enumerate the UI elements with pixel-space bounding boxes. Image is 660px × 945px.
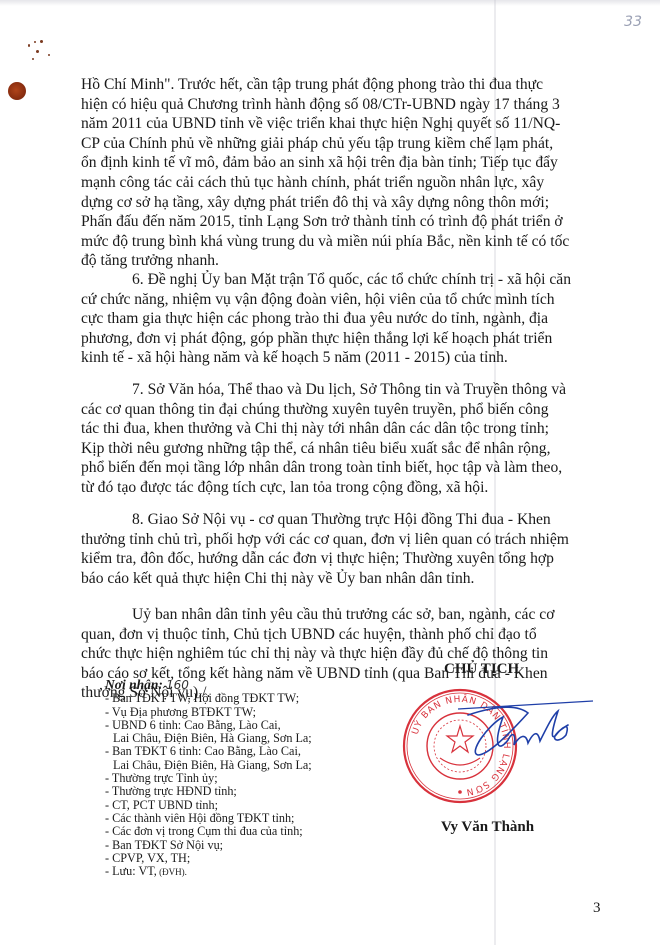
handwritten-page-mark: 33 <box>624 14 642 30</box>
text-line: chức thực hiện nghiêm túc chỉ thị này và… <box>81 644 458 664</box>
text-line: báo cáo kết quả thực hiện Chi thị này về… <box>81 569 458 589</box>
signer-name: Vy Văn Thành <box>441 819 534 836</box>
ink-specks <box>22 38 62 68</box>
recipient-item: - CPVP, VX, TH; <box>105 852 312 865</box>
recipient-item: - Các đơn vị trong Cụm thi đua của tỉnh; <box>105 825 312 838</box>
recipient-item: Lai Châu, Điện Biên, Hà Giang, Sơn La; <box>105 759 312 772</box>
recipient-item: Lai Châu, Điện Biên, Hà Giang, Sơn La; <box>105 732 312 745</box>
text-line: dựng cơ sở hạ tầng, xây dựng phát triển … <box>81 193 458 213</box>
text-line: 8. Giao Sở Nội vụ - cơ quan Thường trực … <box>81 510 458 530</box>
text-line: thưởng tỉnh chủ trì, phối hợp với các cơ… <box>81 530 458 550</box>
text-line: tác thi đua, khen thưởng và Chi thị này … <box>81 419 458 439</box>
text-line: phổ biến đến mọi tầng lớp nhân dân trong… <box>81 458 458 478</box>
text-line: từ đó tạo được tác động tích cực, lan tỏ… <box>81 478 458 498</box>
text-line: mức độ trung bình khá vùng trung du và m… <box>81 232 458 252</box>
paragraph-item-7: 7. Sở Văn hóa, Thể thao và Du lịch, Sở T… <box>81 380 458 498</box>
text-line: phương, đơn vị phát động, góp phần thực … <box>81 329 458 349</box>
page-number: 3 <box>593 900 601 917</box>
text-line: cực tham gia thực hiện các phong trào th… <box>81 309 458 329</box>
text-line: 7. Sở Văn hóa, Thể thao và Du lịch, Sở T… <box>81 380 458 400</box>
text-line: Hồ Chí Minh". Trước hết, cần tập trung p… <box>81 75 458 95</box>
scan-top-edge <box>0 0 660 6</box>
recipient-item: - Ban TĐKT TW, Hội đồng TĐKT TW; <box>105 692 312 705</box>
recipients-block: Nơi nhận: 160 - Ban TĐKT TW, Hội đồng TĐ… <box>105 678 312 879</box>
paragraph-item-8: 8. Giao Sở Nội vụ - cơ quan Thường trực … <box>81 510 458 588</box>
text-line: năm 2011 của UBND tỉnh về việc triển kha… <box>81 114 458 134</box>
text-line: các cơ quan thông tin đại chúng thường x… <box>81 400 458 420</box>
text-line: ổn định kinh tế vĩ mô, đảm bảo an sinh x… <box>81 153 458 173</box>
text-line: độ tăng trưởng nhanh. <box>81 251 458 271</box>
recipient-item: - Các thành viên Hội đồng TĐKT tỉnh; <box>105 812 312 825</box>
text-line: cứ chức năng, nhiệm vụ vận động đoàn viê… <box>81 290 458 310</box>
recipient-item: - Vụ Địa phương BTĐKT TW; <box>105 706 312 719</box>
ink-stain <box>8 82 26 100</box>
recipient-item: - Thường trực Tỉnh ủy; <box>105 772 312 785</box>
recipients-list: - Ban TĐKT TW, Hội đồng TĐKT TW;- Vụ Địa… <box>105 692 312 879</box>
text-line: Uỷ ban nhân dân tỉnh yêu cầu thủ trưởng … <box>81 605 458 625</box>
recipient-item: - Ban TĐKT Sở Nội vụ; <box>105 839 312 852</box>
text-line: Kịp thời nêu gương những tập thể, cá nhâ… <box>81 439 458 459</box>
recipient-item: - Lưu: VT, (ĐVH). <box>105 865 312 879</box>
text-line: mạnh công tác cải cách thủ tục hành chín… <box>81 173 458 193</box>
recipients-heading: Nơi nhận: 160 <box>105 678 312 692</box>
handwritten-signature-icon <box>448 695 598 765</box>
text-line: quan, đơn vị thuộc tỉnh, Chủ tịch UBND c… <box>81 625 458 645</box>
text-line: kinh tế - xã hội hàng năm và kế hoạch 5 … <box>81 348 458 368</box>
recipient-item: - CT, PCT UBND tỉnh; <box>105 799 312 812</box>
paragraph-continuation: Hồ Chí Minh". Trước hết, cần tập trung p… <box>81 75 458 271</box>
text-line: hiện có hiệu quả Chương trình hành động … <box>81 95 458 115</box>
recipients-handwritten-count: 160 <box>166 678 189 692</box>
recipient-item-suffix: (ĐVH). <box>157 867 187 877</box>
recipients-title: Nơi nhận: <box>105 677 163 692</box>
recipient-item: - UBND 6 tỉnh: Cao Bằng, Lào Cai, <box>105 719 312 732</box>
signer-title: CHỦ TỊCH <box>444 661 519 678</box>
text-line: 6. Đề nghị Ủy ban Mặt trận Tổ quốc, các … <box>81 270 458 290</box>
text-line: CP của Chính phủ về những giải pháp chủ … <box>81 134 458 154</box>
text-line: kiểm tra, đôn đốc, hướng dẫn các đơn vị … <box>81 549 458 569</box>
text-line: Phấn đấu đến năm 2015, tỉnh Lạng Sơn trở… <box>81 212 458 232</box>
recipient-item: - Thường trực HĐND tỉnh; <box>105 785 312 798</box>
paragraph-item-6: 6. Đề nghị Ủy ban Mặt trận Tổ quốc, các … <box>81 270 458 368</box>
recipient-item: - Ban TĐKT 6 tỉnh: Cao Bằng, Lào Cai, <box>105 745 312 758</box>
